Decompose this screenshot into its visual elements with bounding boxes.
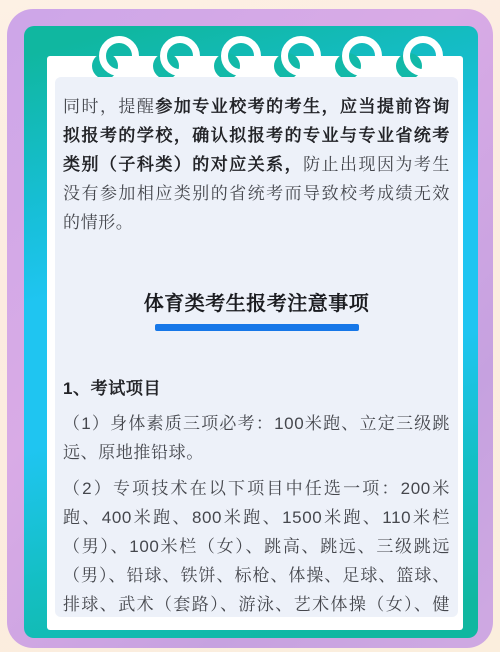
title-underline (155, 324, 359, 331)
binding-rings (99, 36, 443, 76)
list-item-2: （2）专项技术在以下项目中任选一项：200米跑、400米跑、800米跑、1500… (63, 474, 450, 617)
poster-canvas: 同时，提醒参加专业校考的考生，应当提前咨询拟报考的学校，确认拟报考的专业与专业省… (0, 0, 500, 652)
list-heading: 1、考试项目 (63, 376, 450, 402)
binding-ring-icon (403, 36, 443, 76)
section-title: 体育类考生报考注意事项 (144, 291, 370, 317)
list-item-1: （1）身体素质三项必考：100米跑、立定三级跳远、原地推铅球。 (63, 409, 450, 467)
binding-ring-icon (221, 36, 261, 76)
ring-loop (281, 36, 321, 76)
ring-loop (342, 36, 382, 76)
binding-ring-icon (281, 36, 321, 76)
notice-paragraph: 同时，提醒参加专业校考的考生，应当提前咨询拟报考的学校，确认拟报考的专业与专业省… (63, 92, 450, 237)
ring-loop (160, 36, 200, 76)
binding-ring-icon (160, 36, 200, 76)
ring-loop (99, 36, 139, 76)
content-panel: 同时，提醒参加专业校考的考生，应当提前咨询拟报考的学校，确认拟报考的专业与专业省… (55, 77, 458, 617)
notebook-paper: 同时，提醒参加专业校考的考生，应当提前咨询拟报考的学校，确认拟报考的专业与专业省… (47, 56, 463, 630)
binding-ring-icon (99, 36, 139, 76)
ring-loop (221, 36, 261, 76)
binding-ring-icon (342, 36, 382, 76)
ring-loop (403, 36, 443, 76)
section-title-block: 体育类考生报考注意事项 (63, 291, 450, 331)
notice-text-prefix: 同时，提醒 (63, 97, 155, 116)
